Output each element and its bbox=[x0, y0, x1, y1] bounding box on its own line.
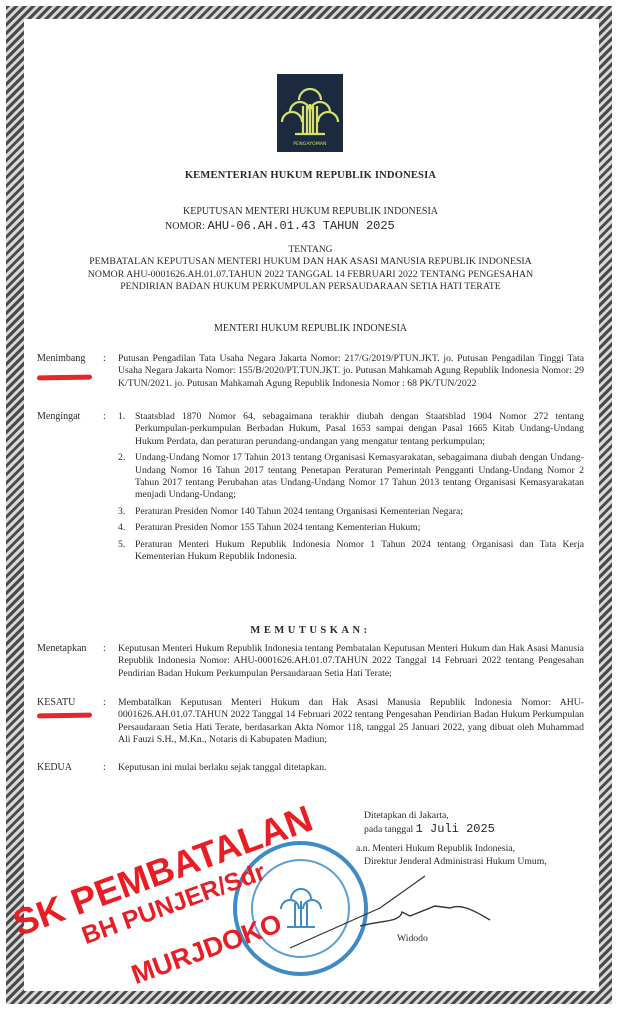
signature-block: Ditetapkan di Jakarta, pada tanggal 1 Ju… bbox=[364, 810, 547, 868]
menetapkan-text: Keputusan Menteri Hukum Republik Indones… bbox=[118, 643, 584, 680]
menimbang-label: Menimbang bbox=[37, 353, 85, 364]
menetapkan-colon: : bbox=[103, 643, 106, 654]
mengingat-label: Mengingat bbox=[37, 411, 80, 422]
about-heading: TENTANG bbox=[20, 245, 601, 255]
ministry-heading: KEMENTERIAN HUKUM REPUBLIK INDONESIA bbox=[20, 170, 601, 181]
subject-line: NOMOR AHU-0001626.AH.01.07.TAHUN 2022 TA… bbox=[30, 269, 591, 282]
kesatu-label: KESATU bbox=[37, 697, 75, 708]
on-behalf: a.n. Menteri Hukum Republik Indonesia, bbox=[356, 843, 547, 856]
list-item: 2. Undang-Undang Nomor 17 Tahun 2013 ten… bbox=[118, 452, 584, 502]
decree-subject: PEMBATALAN KEPUTUSAN MENTERI HUKUM DAN H… bbox=[30, 256, 591, 294]
list-item: 3. Peraturan Presiden Nomor 140 Tahun 20… bbox=[118, 506, 584, 518]
list-item: 5. Peraturan Menteri Hukum Republik Indo… bbox=[118, 539, 584, 564]
minister-heading: MENTERI HUKUM REPUBLIK INDONESIA bbox=[20, 323, 601, 334]
mengingat-colon: : bbox=[103, 411, 106, 422]
signer-position: Direktur Jenderal Administrasi Hukum Umu… bbox=[364, 856, 547, 869]
menetapkan-label: Menetapkan bbox=[37, 643, 86, 654]
kedua-label: KEDUA bbox=[37, 762, 72, 773]
signature-scribble bbox=[290, 868, 500, 958]
decree-number: NOMOR: AHU-06.AH.01.43 TAHUN 2025 bbox=[165, 219, 395, 233]
subject-line: PENDIRIAN BADAN HUKUM PERKUMPULAN PERSAU… bbox=[30, 281, 591, 294]
pengayoman-tree-icon bbox=[277, 76, 343, 142]
number-label: NOMOR: bbox=[165, 221, 205, 232]
kedua-text: Keputusan ini mulai berlaku sejak tangga… bbox=[118, 762, 584, 774]
subject-line: PEMBATALAN KEPUTUSAN MENTERI HUKUM DAN H… bbox=[30, 256, 591, 269]
list-item: 4. Peraturan Presiden Nomor 155 Tahun 20… bbox=[118, 522, 584, 534]
logo-caption: PENGAYOMAN bbox=[277, 142, 343, 147]
kedua-colon: : bbox=[103, 762, 106, 773]
number-value: AHU-06.AH.01.43 TAHUN 2025 bbox=[208, 219, 395, 233]
decree-title: KEPUTUSAN MENTERI HUKUM REPUBLIK INDONES… bbox=[20, 206, 601, 217]
kesatu-text: Membatalkan Keputusan Menteri Hukum dan … bbox=[118, 697, 584, 747]
signing-date: pada tanggal 1 Juli 2025 bbox=[364, 823, 547, 837]
ministry-logo: PENGAYOMAN bbox=[277, 74, 343, 152]
red-underline-mark bbox=[37, 375, 92, 381]
kesatu-colon: : bbox=[103, 697, 106, 708]
mengingat-list: 1. Staatsblad 1870 Nomor 64, sebagaimana… bbox=[118, 411, 584, 567]
menimbang-colon: : bbox=[103, 353, 106, 364]
menimbang-text: Putusan Pengadilan Tata Usaha Negara Jak… bbox=[118, 353, 584, 390]
list-item: 1. Staatsblad 1870 Nomor 64, sebagaimana… bbox=[118, 411, 584, 448]
memutuskan-heading: MEMUTUSKAN: bbox=[20, 625, 601, 636]
red-underline-mark bbox=[37, 713, 92, 719]
